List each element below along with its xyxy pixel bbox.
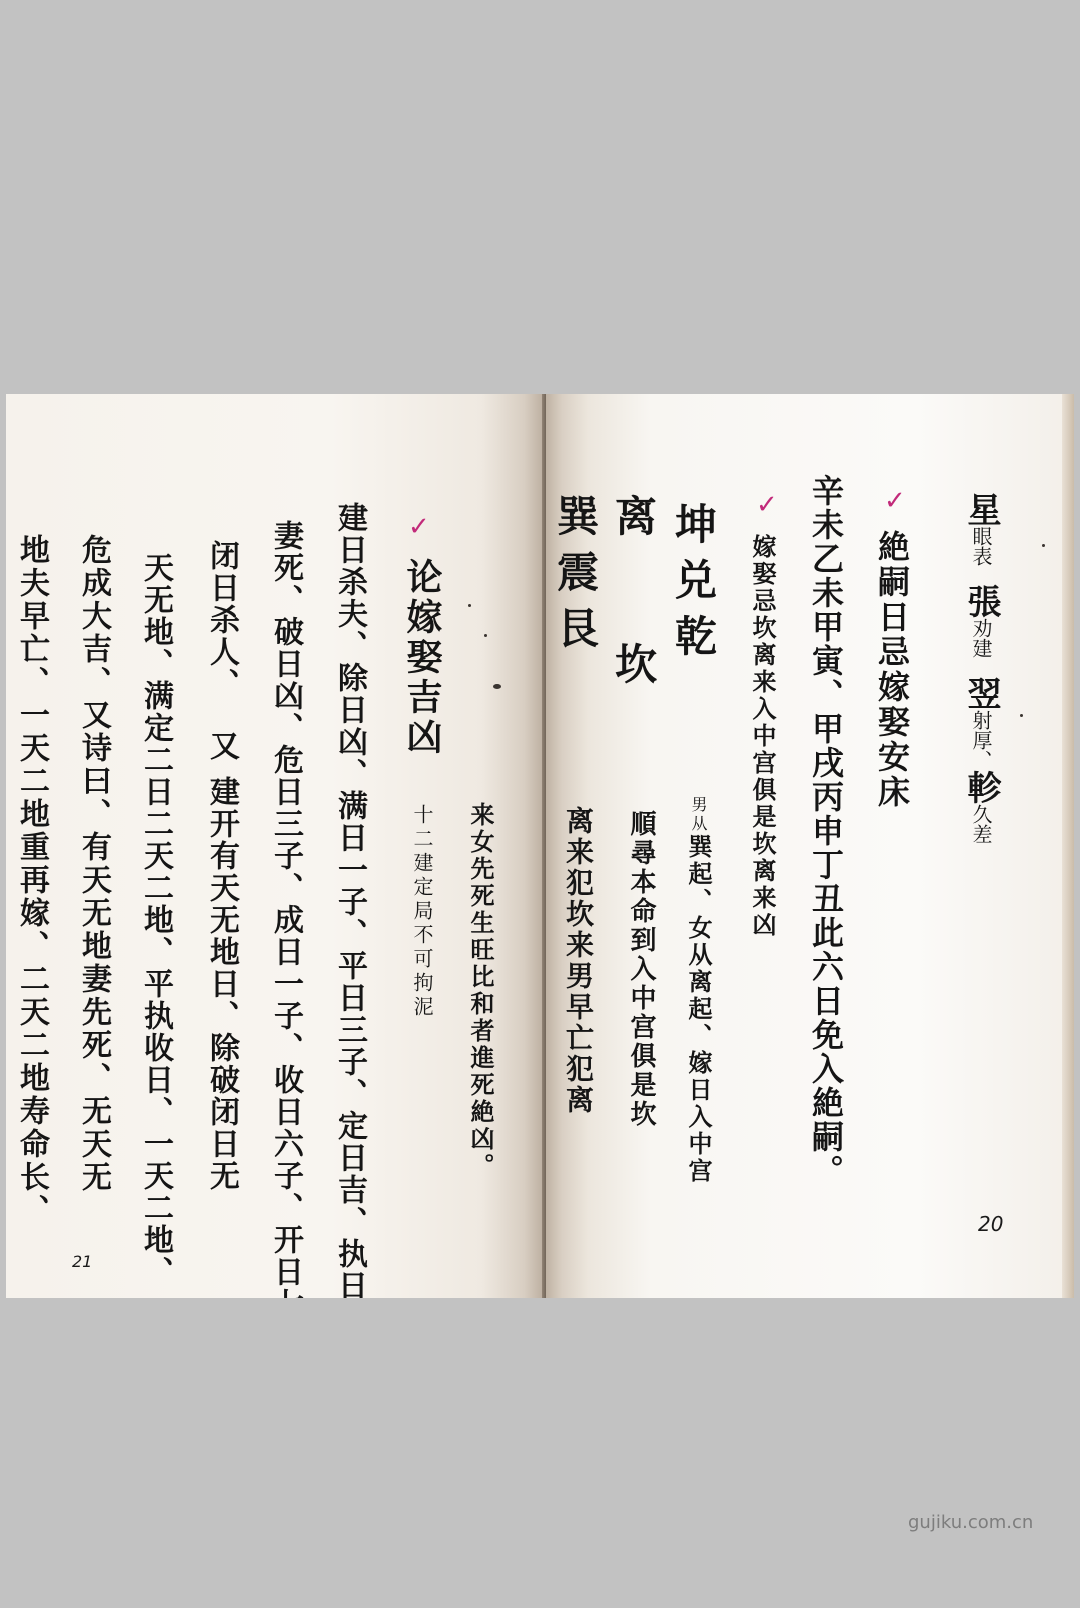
text-column-r6: 辛未乙未甲寅、甲戌丙申丁丑此六日免入絶嗣。 <box>810 474 842 1188</box>
star-note: 久差 <box>969 804 993 844</box>
text-column-r11: 男从巽起、女从离起、嫁日入中宫 <box>686 796 710 1185</box>
ink-speck <box>1020 714 1023 717</box>
ink-speck <box>468 604 471 607</box>
trigram-column-1: 坤兑乾 <box>672 502 714 670</box>
star-list-column: 星眼表張劝建翌射厚、軫久差 <box>964 492 998 844</box>
text-fragment: 又 <box>204 730 239 762</box>
heading-subtitle: 十二建定局不可拘泥 <box>410 804 434 1020</box>
text-note: 男从 <box>689 796 708 834</box>
text-column-r13: 离来犯坎来男早亡犯离 <box>564 806 592 1116</box>
text-column-l6: 天无地、满定二日二天二地、平执收日、一天二地、 <box>140 552 170 1288</box>
text-column-l7: 危成大吉、又诗曰、有天无地妻先死、无天无 <box>78 534 108 1194</box>
star-note: 劝建 <box>969 618 993 658</box>
star-name: 星 <box>961 492 1001 526</box>
star-name: 軫 <box>961 770 1001 804</box>
page-number-left: 21 <box>72 1252 92 1271</box>
text-column-l4: 妻死、破日凶、危日三子、成日一子、收日六子、开日七子、 <box>270 520 300 1298</box>
text-column-l5: 闭日杀人、又建开有天无地日、除破闭日无 <box>206 540 236 1192</box>
star-name: 張 <box>961 584 1001 618</box>
heading-text: 论嫁娶吉凶 <box>401 558 443 758</box>
check-mark-icon: ✓ <box>408 512 430 542</box>
text-column-r5: 絶嗣日忌嫁娶安床 <box>876 530 908 810</box>
text-column-r12: 順尋本命到入中宫俱是坎 <box>628 810 654 1129</box>
check-mark-icon: ✓ <box>884 486 906 516</box>
star-name: 翌 <box>961 676 1001 710</box>
text-column-l8: 地夫早亡、一天二地重再嫁、二天二地寿命长、 <box>16 534 46 1227</box>
ink-speck <box>1042 544 1045 547</box>
text-fragment: 巽起、女从离起、嫁日入中宫 <box>684 834 713 1185</box>
ink-speck <box>484 634 487 637</box>
book-spread: ✓ 来女先死生旺比和者進死絶凶。 论嫁娶吉凶 十二建定局不可拘泥 建日杀夫、除日… <box>6 394 1074 1298</box>
left-page: ✓ 来女先死生旺比和者進死絶凶。 论嫁娶吉凶 十二建定局不可拘泥 建日杀夫、除日… <box>6 394 546 1298</box>
site-watermark: gujiku.com.cn <box>908 1512 1033 1533</box>
text-column-l1: 来女先死生旺比和者進死絶凶。 <box>468 802 492 1180</box>
text-fragment: 建开有天无地日、除破闭日无 <box>204 776 239 1192</box>
section-heading: 论嫁娶吉凶 十二建定局不可拘泥 <box>404 558 440 1020</box>
trigram: 坎 <box>609 642 658 698</box>
trigram: 离 <box>609 494 658 550</box>
text-column-l3: 建日杀夫、除日凶、满日一子、平日三子、定日吉、执日夫 <box>334 502 364 1298</box>
page-number-right: 20 <box>978 1212 1003 1236</box>
check-mark-icon: ✓ <box>756 490 778 520</box>
page-edge <box>1062 394 1074 1298</box>
star-note: 眼表 <box>969 526 993 566</box>
right-page: 星眼表張劝建翌射厚、軫久差 ✓ 絶嗣日忌嫁娶安床 辛未乙未甲寅、甲戌丙申丁丑此六… <box>546 394 1074 1298</box>
trigram-column-3: 巽震艮 <box>554 494 596 662</box>
ink-speck <box>493 684 501 689</box>
star-note: 射厚、 <box>969 710 993 770</box>
trigram-column-2: 离坎 <box>612 494 654 698</box>
text-fragment: 闭日杀人、 <box>204 540 239 700</box>
text-column-r7: 嫁娶忌坎离来入中宫俱是坎离来凶 <box>750 534 774 939</box>
